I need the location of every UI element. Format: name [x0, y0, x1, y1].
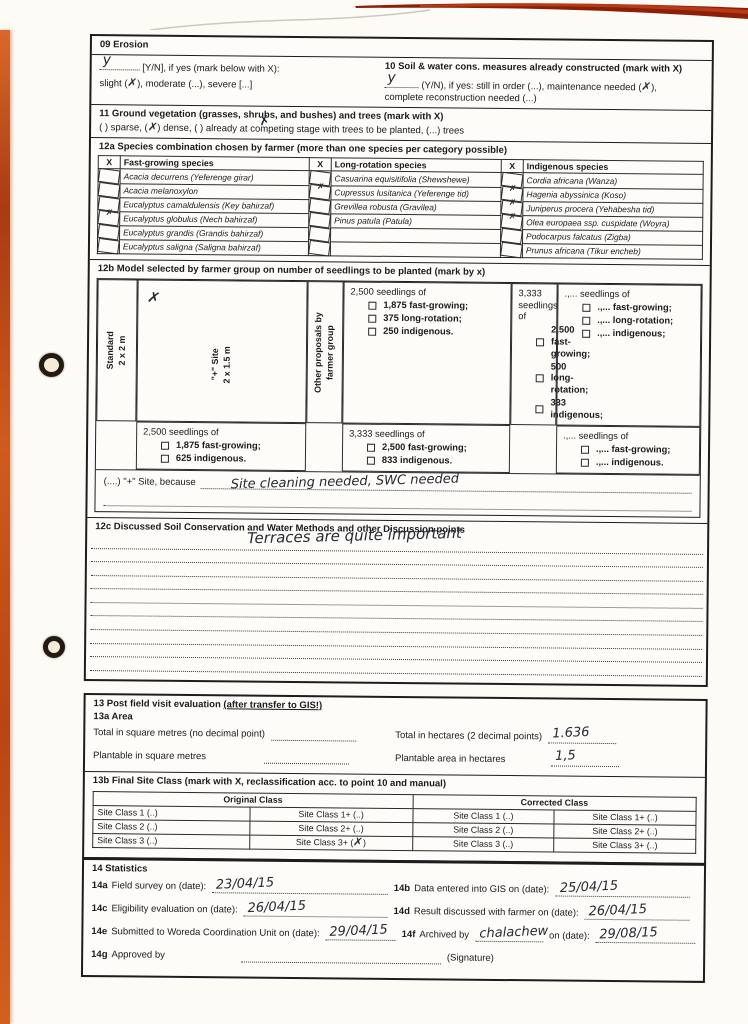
- species-name: [330, 241, 500, 257]
- site-class-cell: Site Class 1+ (..): [554, 810, 696, 825]
- plantable-ha-label: Plantable area in hectares: [395, 753, 505, 766]
- swc-maintenance-mark: ✗: [642, 85, 652, 86]
- model-item: .,... fast-growing;: [597, 302, 671, 314]
- checkbox-icon: [367, 457, 375, 465]
- model-item: 1,875 fast-growing;: [383, 300, 468, 312]
- model-cell-other-bottom: .,... seedlings of .,... fast-growing; .…: [556, 426, 700, 475]
- field-14e-handwritten: 29/04/15: [329, 922, 388, 941]
- site-class-3plus-mark: ✗: [353, 841, 363, 842]
- checkbox-icon: [368, 315, 376, 323]
- plus-site-label-line2: 2 x 1.5 m: [222, 346, 234, 383]
- model-item: .,... indigenous;: [597, 328, 665, 340]
- plus-site-label-line1: "+" Site: [210, 346, 222, 383]
- erosion-severity-pre: slight (: [99, 78, 127, 89]
- model-item: 625 indigenous.: [176, 453, 246, 465]
- section-11: 11 Ground vegetation (grasses, shrubs, a…: [91, 105, 711, 145]
- model-item: 833 indigenous.: [382, 455, 452, 467]
- field-14d-date: 26/04/15: [585, 908, 690, 921]
- other-label-line2: farmer group: [325, 312, 338, 393]
- plus-site-selected-mark: ✗: [146, 287, 162, 308]
- total-ha-handwritten: 1.636: [552, 725, 590, 743]
- checkbox-icon: [582, 330, 590, 338]
- field-14g-number: 14g: [91, 950, 107, 961]
- total-sqm-label: Total in square metres (no decimal point…: [93, 727, 265, 741]
- species-name: Prunus africana (Tikur encheb): [522, 243, 702, 259]
- field-14e-number: 14e: [91, 927, 107, 938]
- section-12b-title: 12b Model selected by farmer group on nu…: [90, 259, 710, 281]
- plus-site-column-label: ✗ "+" Site 2 x 1.5 m: [136, 279, 307, 423]
- model-item: .,... indigenous.: [596, 457, 664, 469]
- field-14g-signature-field: [241, 951, 441, 965]
- field-14f-date-handwritten: 29/08/15: [599, 925, 658, 944]
- site-class-cell: Site Class 2+ (..): [554, 824, 696, 839]
- fast-mark-header: X: [98, 156, 120, 169]
- total-ha-label: Total in hectares (2 decimal points): [395, 730, 542, 743]
- swc-yn-label-end: ),: [651, 82, 657, 93]
- standard-column-label: Standard 2 x 2 m: [96, 279, 137, 422]
- field-14e-label: Submitted to Woreda Coordination Unit on…: [111, 927, 320, 940]
- total-sqm-field: [271, 728, 356, 741]
- because-label: (....) "+" Site, because: [104, 476, 196, 489]
- forestry-site-form: 09 Erosion y [Y/N], if yes (mark below w…: [81, 34, 714, 995]
- checkbox-icon: [367, 444, 375, 452]
- species-name: Casuarina equisitifolia (Shewshewe): [331, 171, 501, 187]
- model-cell-std-top: 2,500 seedlings of 1,875 fast-growing; 3…: [342, 281, 511, 425]
- site-class-cell: Site Class 2+ (..): [250, 822, 413, 838]
- plantable-sqm-field: [264, 751, 349, 764]
- field-14f-archiver: chalachew: [475, 930, 543, 943]
- plantable-sqm-label: Plantable in square metres: [93, 750, 206, 763]
- field-14f-label-post: on (date):: [549, 931, 590, 943]
- model-cell-other-top: .,... seedlings of .,... fast-growing; .…: [556, 284, 701, 428]
- checkbox-icon: [536, 374, 544, 382]
- erosion-yn-field: y: [100, 58, 140, 70]
- field-14e-date: 29/04/15: [326, 929, 396, 942]
- vegetation-dense-mark: ✗: [148, 126, 158, 127]
- erosion-slight-mark: ✗: [128, 82, 138, 83]
- site-class-cell: Site Class 1 (..): [93, 806, 250, 822]
- model-cell-plus-top: 3,333 seedlings of 2,500 fast-growing; 5…: [510, 283, 557, 426]
- swc-yn-label: (Y/N), if yes: still in order (...), mai…: [421, 80, 641, 93]
- checkbox-icon: [581, 459, 589, 467]
- checkbox-icon: [582, 304, 590, 312]
- species-table: X Fast-growing species X Long-rotation s…: [97, 155, 704, 260]
- punch-hole-top: [39, 353, 64, 377]
- field-14a-date: 23/04/15: [212, 882, 388, 896]
- standard-label-line1: Standard: [105, 331, 117, 369]
- checkbox-icon: [535, 405, 543, 413]
- erosion-yn-label: [Y/N], if yes (mark below with X):: [142, 62, 279, 74]
- vegetation-options-post: ) dense, ( ) already at competing stage …: [157, 123, 464, 137]
- checkbox-icon: [368, 302, 376, 310]
- field-14a-number: 14a: [92, 881, 108, 892]
- because-handwritten: Site cleaning needed, SWC needed: [231, 471, 460, 493]
- scanned-form-page: { "s09": { "title": "09 Erosion", "hw_yn…: [0, 0, 748, 1024]
- model-cell-title: .,... seedlings of: [564, 289, 696, 302]
- erosion-severity-post: ), moderate (...), severe [...]: [137, 78, 252, 90]
- site-class-cell: Site Class 3+ (..): [554, 838, 696, 853]
- model-cell-std-bottom: 2,500 seedlings of 1,875 fast-growing; 6…: [136, 422, 306, 471]
- swc-yn-handwritten: y: [388, 70, 397, 88]
- field-14d-handwritten: 26/04/15: [588, 902, 647, 921]
- checkbox-icon: [581, 446, 589, 454]
- erosion-yn-handwritten: y: [103, 52, 112, 70]
- model-cell-title: 3,333 seedlings of: [518, 288, 552, 323]
- model-item: 2,500 fast-growing;: [382, 442, 467, 454]
- field-14f-label-pre: Archived by: [419, 930, 469, 941]
- model-item: 1,875 fast-growing;: [176, 440, 261, 452]
- checkbox-icon: [582, 317, 590, 325]
- section-10-title: 10 Soil & water cons. measures already c…: [385, 61, 704, 76]
- field-14c-handwritten: 26/04/15: [247, 899, 306, 918]
- plantable-ha-handwritten: 1,5: [555, 749, 576, 766]
- field-14c-date: 26/04/15: [244, 905, 388, 918]
- checkbox-icon: [161, 442, 169, 450]
- section-13-title-pre: 13 Post field visit evaluation: [94, 698, 224, 710]
- model-cell-title: 2,500 seedlings of: [350, 287, 506, 300]
- field-14f-date: 29/08/15: [596, 931, 696, 944]
- model-cell-plus-bottom: 3,333 seedlings of 2,500 fast-growing; 8…: [342, 424, 510, 473]
- field-14f-number: 14f: [402, 930, 416, 941]
- field-14b-date: 25/04/15: [555, 885, 689, 898]
- checkbox-icon: [536, 338, 544, 346]
- standard-label-line2: 2 x 2 m: [117, 331, 129, 369]
- model-cell-title: 3,333 seedlings of: [349, 429, 505, 442]
- model-cell-title: 2,500 seedlings of: [143, 427, 301, 440]
- stats-row-g: 14gApproved by (Signature): [83, 947, 703, 981]
- field-14d-label: Result discussed with farmer on (date):: [414, 907, 579, 920]
- model-item: 375 long-rotation;: [383, 313, 462, 325]
- site-class-table: Original Class Corrected Class Site Clas…: [92, 792, 697, 855]
- marked-cell-pre: Site Class 3+ (: [296, 837, 354, 848]
- site-class-cell: Site Class 2 (..): [412, 823, 554, 838]
- field-14a-handwritten: 23/04/15: [216, 875, 275, 894]
- field-14b-number: 14b: [394, 883, 410, 894]
- site-class-cell: Site Class 3 (..): [412, 837, 554, 852]
- indig-mark-header: X: [501, 160, 523, 173]
- form-box-sections-09-12: 09 Erosion y [Y/N], if yes (mark below w…: [84, 34, 714, 687]
- field-14d-number: 14d: [393, 906, 409, 917]
- field-14f-archiver-handwritten: chalachew: [479, 924, 549, 943]
- total-ha-field: 1.636: [548, 731, 616, 744]
- model-item: .,... fast-growing;: [596, 444, 670, 456]
- long-mark-header: X: [309, 158, 331, 171]
- because-field: Site cleaning needed, SWC needed: [201, 475, 692, 494]
- section-10-body: 10 Soil & water cons. measures already c…: [377, 58, 712, 110]
- punch-hole-bottom: [43, 636, 65, 658]
- model-item: .,... long-rotation;: [597, 315, 673, 327]
- checkbox-icon: [161, 455, 169, 463]
- section-09-body: y [Y/N], if yes (mark below with X): sli…: [91, 55, 377, 106]
- binder-edge-left: [0, 30, 10, 1024]
- model-item: 250 indigenous.: [383, 326, 453, 338]
- field-14c-number: 14c: [92, 904, 108, 915]
- section-13-title-underlined: (after transfer to GIS!): [223, 699, 322, 711]
- plantable-ha-field: 1,5: [551, 754, 619, 767]
- form-box-section-14: 14 Statistics 14aField survey on (date):…: [81, 857, 706, 983]
- seedling-model-table: Standard 2 x 2 m 2,500 seedlings of 1,87…: [94, 278, 702, 518]
- species-name: Eucalyptus saligna (Saligna bahirzaf): [119, 239, 308, 255]
- site-class-cell: Site Class 2 (..): [93, 820, 250, 836]
- vegetation-options-pre: ( ) sparse, (: [99, 122, 148, 133]
- other-proposals-column-label: Other proposals by farmer group: [306, 281, 343, 424]
- swc-yn-field: y: [385, 76, 419, 88]
- field-14a-label: Field survey on (date):: [112, 881, 207, 893]
- field-14g-label: Approved by: [111, 950, 164, 962]
- field-14c-label: Eligibility evaluation on (date):: [111, 904, 237, 916]
- marked-cell-post: ): [363, 838, 366, 848]
- field-14b-handwritten: 25/04/15: [559, 879, 618, 898]
- checkbox-icon: [368, 328, 376, 336]
- site-class-cell: Site Class 3 (..): [93, 834, 250, 850]
- field-14b-label: Data entered into GIS on (date):: [414, 884, 549, 896]
- site-class-cell: Site Class 1 (..): [413, 809, 555, 824]
- species-mark: [97, 238, 120, 255]
- site-class-cell: Site Class 1+ (..): [250, 808, 413, 824]
- site-class-cell-marked: Site Class 3+ (✗): [249, 836, 412, 852]
- section-09-10-row: y [Y/N], if yes (mark below with X): sli…: [91, 55, 711, 111]
- signature-caption: (Signature): [447, 953, 494, 965]
- other-label-line1: Other proposals by: [313, 312, 326, 393]
- form-box-section-13: 13 Post field visit evaluation (after tr…: [82, 693, 708, 866]
- species-mark: [500, 242, 523, 259]
- discussion-lines: Terraces are quite important: [86, 533, 707, 685]
- species-mark: [308, 240, 331, 257]
- model-cell-title: .,... seedlings of: [563, 431, 695, 444]
